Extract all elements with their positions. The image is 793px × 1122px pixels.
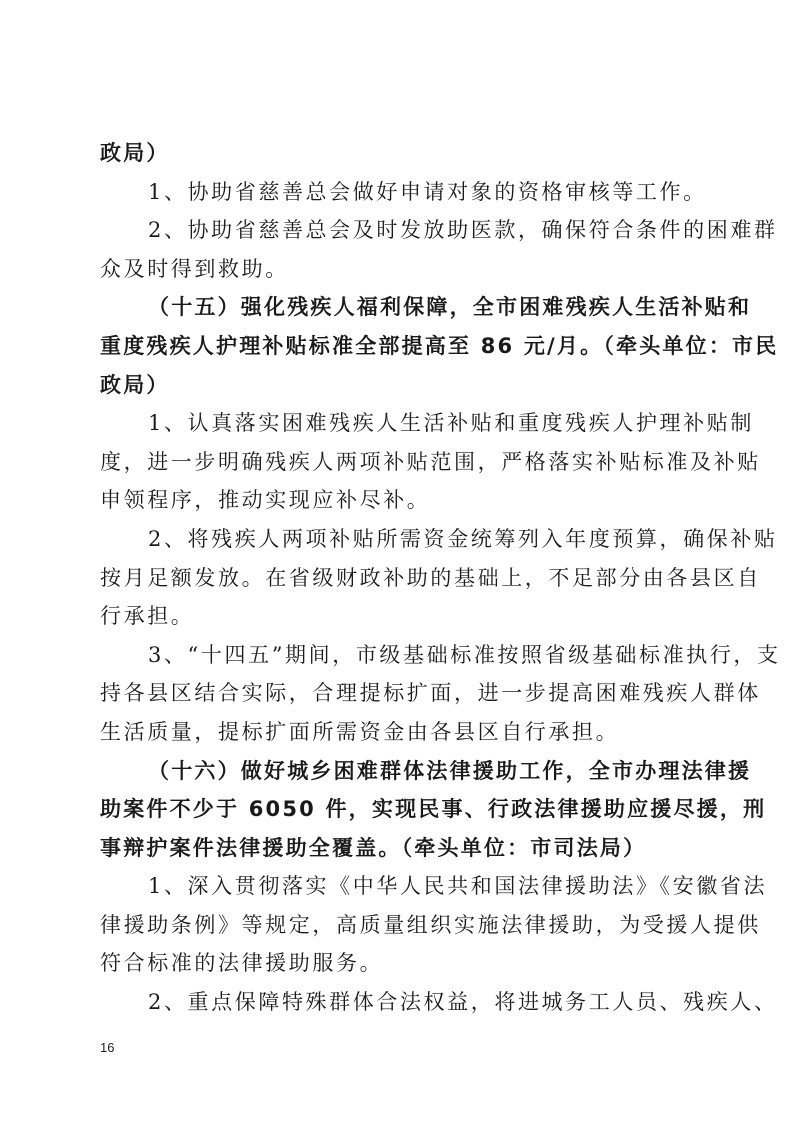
- text-line-item: 2、重点保障特殊群体合法权益，将进城务工人员、残疾人、: [100, 983, 694, 1022]
- text-line-item: 3、“十四五”期间，市级基础标准按照省级基础标准执行，支: [100, 636, 694, 675]
- text-line: 申领程序，推动实现应补尽补。: [100, 481, 694, 520]
- text-line-item: 1、深入贯彻落实《中华人民共和国法律援助法》《安徽省法: [100, 867, 694, 906]
- text-line: 律援助条例》等规定，高质量组织实施法律援助，为受援人提供: [100, 906, 694, 945]
- text-line-continuation-heading: 政局）: [100, 134, 694, 173]
- text-line: 持各县区结合实际，合理提标扩面，进一步提高困难残疾人群体: [100, 674, 694, 713]
- text-line-item: 1、协助省慈善总会做好申请对象的资格审核等工作。: [100, 173, 694, 212]
- document-page: 政局） 1、协助省慈善总会做好申请对象的资格审核等工作。 2、协助省慈善总会及时…: [0, 0, 793, 1122]
- page-number: 16: [100, 1040, 114, 1055]
- section-heading-15-line: 政局）: [100, 366, 694, 405]
- text-line-item: 1、认真落实困难残疾人生活补贴和重度残疾人护理补贴制: [100, 404, 694, 443]
- text-line-item: 2、将残疾人两项补贴所需资金统筹列入年度预算，确保补贴: [100, 520, 694, 559]
- text-line: 行承担。: [100, 597, 694, 636]
- section-heading-15-line: 重度残疾人护理补贴标准全部提高至 86 元/月。（牵头单位：市民: [100, 327, 694, 366]
- section-heading-15: （十五）强化残疾人福利保障，全市困难残疾人生活补贴和: [100, 288, 694, 327]
- section-heading-16: （十六）做好城乡困难群体法律援助工作，全市办理法律援: [100, 752, 694, 791]
- text-line-item: 2、协助省慈善总会及时发放助医款，确保符合条件的困难群: [100, 211, 694, 250]
- text-line: 众及时得到救助。: [100, 250, 694, 289]
- section-heading-16-line: 事辩护案件法律援助全覆盖。（牵头单位：市司法局）: [100, 829, 694, 868]
- text-line: 生活质量，提标扩面所需资金由各县区自行承担。: [100, 713, 694, 752]
- section-heading-16-line: 助案件不少于 6050 件，实现民事、行政法律援助应援尽援，刑: [100, 790, 694, 829]
- text-line: 度，进一步明确残疾人两项补贴范围，严格落实补贴标准及补贴: [100, 443, 694, 482]
- document-body: 政局） 1、协助省慈善总会做好申请对象的资格审核等工作。 2、协助省慈善总会及时…: [100, 134, 694, 1022]
- text-line: 符合标准的法律援助服务。: [100, 944, 694, 983]
- text-line: 按月足额发放。在省级财政补助的基础上，不足部分由各县区自: [100, 559, 694, 598]
